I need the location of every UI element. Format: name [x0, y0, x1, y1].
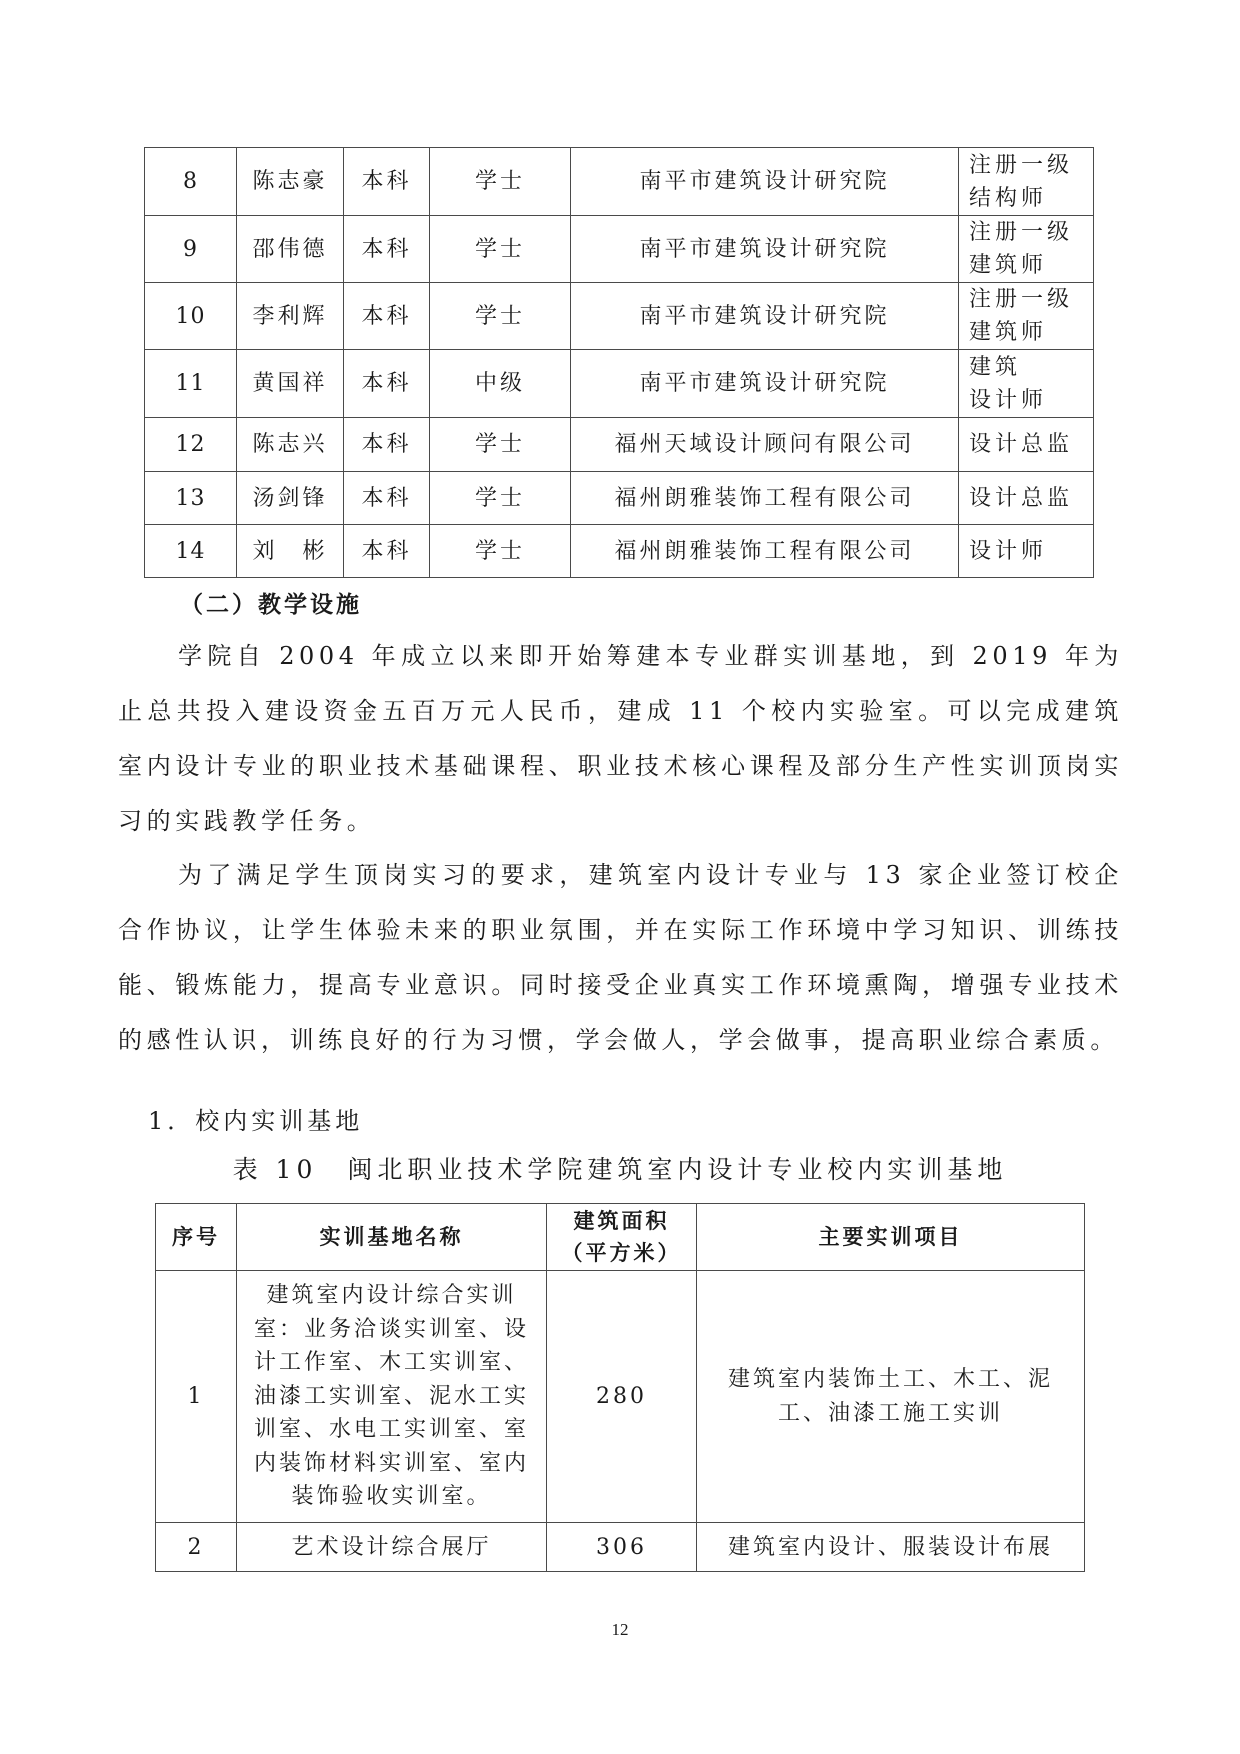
cell-no: 1 — [156, 1271, 237, 1523]
cell-title: 注册一级结构师 — [959, 148, 1094, 216]
cell-degree: 学士 — [430, 148, 571, 216]
cell-employer: 南平市建筑设计研究院 — [571, 283, 959, 350]
table-row: 14 刘 彬 本科 学士 福州朗雅装饰工程有限公司 设计师 — [145, 525, 1094, 578]
table-row: 8 陈志豪 本科 学士 南平市建筑设计研究院 注册一级结构师 — [145, 148, 1094, 216]
title-line: 结构师 — [969, 182, 1093, 215]
cell-employer: 南平市建筑设计研究院 — [571, 216, 959, 283]
title-line: 注册一级 — [969, 216, 1093, 249]
cell-title: 设计师 — [959, 525, 1094, 578]
cell-name: 刘 彬 — [237, 525, 344, 578]
title-line: 建筑 — [969, 351, 1093, 384]
cell-education: 本科 — [344, 418, 430, 472]
title-line: 建筑师 — [969, 316, 1093, 349]
cell-area: 280 — [547, 1271, 697, 1523]
cell-education: 本科 — [344, 283, 430, 350]
cell-projects: 建筑室内装饰土工、木工、泥工、油漆工施工实训 — [697, 1271, 1085, 1523]
table-row: 11 黄国祥 本科 中级 南平市建筑设计研究院 建筑设计师 — [145, 350, 1094, 418]
header-area-unit: （平方米） — [547, 1237, 696, 1269]
cell-no: 9 — [145, 216, 237, 283]
cell-education: 本科 — [344, 525, 430, 578]
paragraph: 为了满足学生顶岗实习的要求，建筑室内设计专业与 13 家企业签订校企合作协议，让… — [118, 848, 1123, 1068]
cell-employer: 福州朗雅装饰工程有限公司 — [571, 525, 959, 578]
cell-employer: 福州天域设计顾问有限公司 — [571, 418, 959, 472]
table-row: 10 李利辉 本科 学士 南平市建筑设计研究院 注册一级建筑师 — [145, 283, 1094, 350]
cell-no: 8 — [145, 148, 237, 216]
cell-projects: 建筑室内设计、服装设计布展 — [697, 1523, 1085, 1572]
cell-degree: 学士 — [430, 418, 571, 472]
cell-title: 设计总监 — [959, 418, 1094, 472]
table-row: 13 汤剑锋 本科 学士 福州朗雅装饰工程有限公司 设计总监 — [145, 472, 1094, 525]
cell-degree: 学士 — [430, 283, 571, 350]
table-header-row: 序号 实训基地名称 建筑面积（平方米） 主要实训项目 — [156, 1204, 1085, 1271]
table-row: 2 艺术设计综合展厅 306 建筑室内设计、服装设计布展 — [156, 1523, 1085, 1572]
cell-name: 黄国祥 — [237, 350, 344, 418]
cell-degree: 学士 — [430, 472, 571, 525]
cell-degree: 中级 — [430, 350, 571, 418]
sub-heading: 1．校内实训基地 — [148, 1101, 363, 1136]
section-heading: （二）教学设施 — [180, 586, 362, 619]
training-base-table: 序号 实训基地名称 建筑面积（平方米） 主要实训项目 1 建筑室内设计综合实训室… — [155, 1203, 1085, 1572]
cell-no: 14 — [145, 525, 237, 578]
cell-area: 306 — [547, 1523, 697, 1572]
cell-degree: 学士 — [430, 525, 571, 578]
cell-education: 本科 — [344, 216, 430, 283]
table-row: 12 陈志兴 本科 学士 福州天域设计顾问有限公司 设计总监 — [145, 418, 1094, 472]
cell-name: 陈志兴 — [237, 418, 344, 472]
cell-employer: 南平市建筑设计研究院 — [571, 350, 959, 418]
cell-employer: 南平市建筑设计研究院 — [571, 148, 959, 216]
cell-no: 11 — [145, 350, 237, 418]
header-no: 序号 — [156, 1204, 237, 1271]
cell-title: 注册一级建筑师 — [959, 216, 1094, 283]
cell-title: 建筑设计师 — [959, 350, 1094, 418]
cell-education: 本科 — [344, 472, 430, 525]
table-row: 1 建筑室内设计综合实训室：业务洽谈实训室、设计工作室、木工实训室、油漆工实训室… — [156, 1271, 1085, 1523]
cell-name: 李利辉 — [237, 283, 344, 350]
cell-name: 建筑室内设计综合实训室：业务洽谈实训室、设计工作室、木工实训室、油漆工实训室、泥… — [237, 1271, 547, 1523]
cell-no: 2 — [156, 1523, 237, 1572]
cell-name: 邵伟德 — [237, 216, 344, 283]
table-row: 9 邵伟德 本科 学士 南平市建筑设计研究院 注册一级建筑师 — [145, 216, 1094, 283]
cell-education: 本科 — [344, 350, 430, 418]
cell-title: 设计总监 — [959, 472, 1094, 525]
cell-name: 汤剑锋 — [237, 472, 344, 525]
cell-no: 12 — [145, 418, 237, 472]
header-name: 实训基地名称 — [237, 1204, 547, 1271]
title-line: 注册一级 — [969, 149, 1093, 182]
cell-name: 陈志豪 — [237, 148, 344, 216]
header-area-line: 建筑面积 — [547, 1205, 696, 1237]
cell-no: 13 — [145, 472, 237, 525]
page-number: 12 — [0, 1620, 1240, 1640]
title-line: 设计师 — [969, 384, 1093, 417]
cell-no: 10 — [145, 283, 237, 350]
header-area: 建筑面积（平方米） — [547, 1204, 697, 1271]
title-line: 建筑师 — [969, 249, 1093, 282]
cell-title: 注册一级建筑师 — [959, 283, 1094, 350]
staff-table: 8 陈志豪 本科 学士 南平市建筑设计研究院 注册一级结构师 9 邵伟德 本科 … — [144, 147, 1094, 578]
cell-employer: 福州朗雅装饰工程有限公司 — [571, 472, 959, 525]
table-caption: 表 10 闽北职业技术学院建筑室内设计专业校内实训基地 — [0, 1150, 1240, 1186]
cell-name: 艺术设计综合展厅 — [237, 1523, 547, 1572]
cell-education: 本科 — [344, 148, 430, 216]
cell-degree: 学士 — [430, 216, 571, 283]
title-line: 注册一级 — [969, 283, 1093, 316]
paragraph: 学院自 2004 年成立以来即开始筹建本专业群实训基地，到 2019 年为止总共… — [118, 629, 1123, 849]
header-projects: 主要实训项目 — [697, 1204, 1085, 1271]
